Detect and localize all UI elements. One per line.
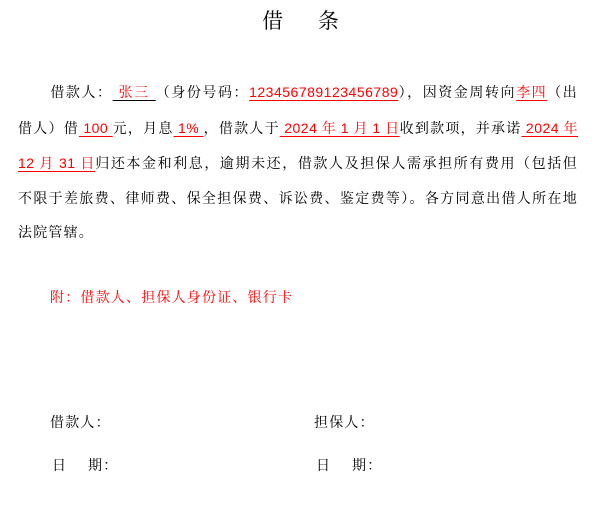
guarantor-signature-label: 担保人： <box>314 413 375 433</box>
terms-text: 归还本金和利息，逾期未还，借款人及担保人需承担所有费用（包括但不限于差旅费、律师… <box>18 156 578 241</box>
id-prefix: （身份号码： <box>156 85 249 101</box>
borrower-date-label: 日 期： <box>52 456 118 476</box>
receive-date-field[interactable]: 2024 年 1 月 1 日 <box>280 120 400 136</box>
borrower-label: 借款人： <box>50 85 113 101</box>
interest-field[interactable]: 1% <box>174 120 204 136</box>
amount-unit: 元，月息 <box>113 121 174 137</box>
receive-prefix: ，借款人于 <box>204 121 280 137</box>
lender-name-field[interactable]: 李四 <box>516 85 547 101</box>
borrower-name: 张三 <box>113 85 156 101</box>
id-number-field[interactable]: 123456789123456789 <box>249 84 398 100</box>
document-title: 借 条 <box>0 6 601 36</box>
attachment-note: 附：借款人、担保人身份证、银行卡 <box>50 288 293 308</box>
borrower-name-field[interactable]: 张三 <box>113 85 156 101</box>
borrower-signature-label: 借款人： <box>50 413 111 433</box>
id-suffix: ），因资金周转向 <box>398 85 516 101</box>
loan-paragraph: 借款人： 张三 （身份号码：123456789123456789），因资金周转向… <box>18 75 578 251</box>
guarantor-date-label: 日 期： <box>316 456 382 476</box>
amount-field[interactable]: 100 <box>79 120 113 136</box>
receive-suffix: 收到款项，并承诺 <box>400 121 522 137</box>
